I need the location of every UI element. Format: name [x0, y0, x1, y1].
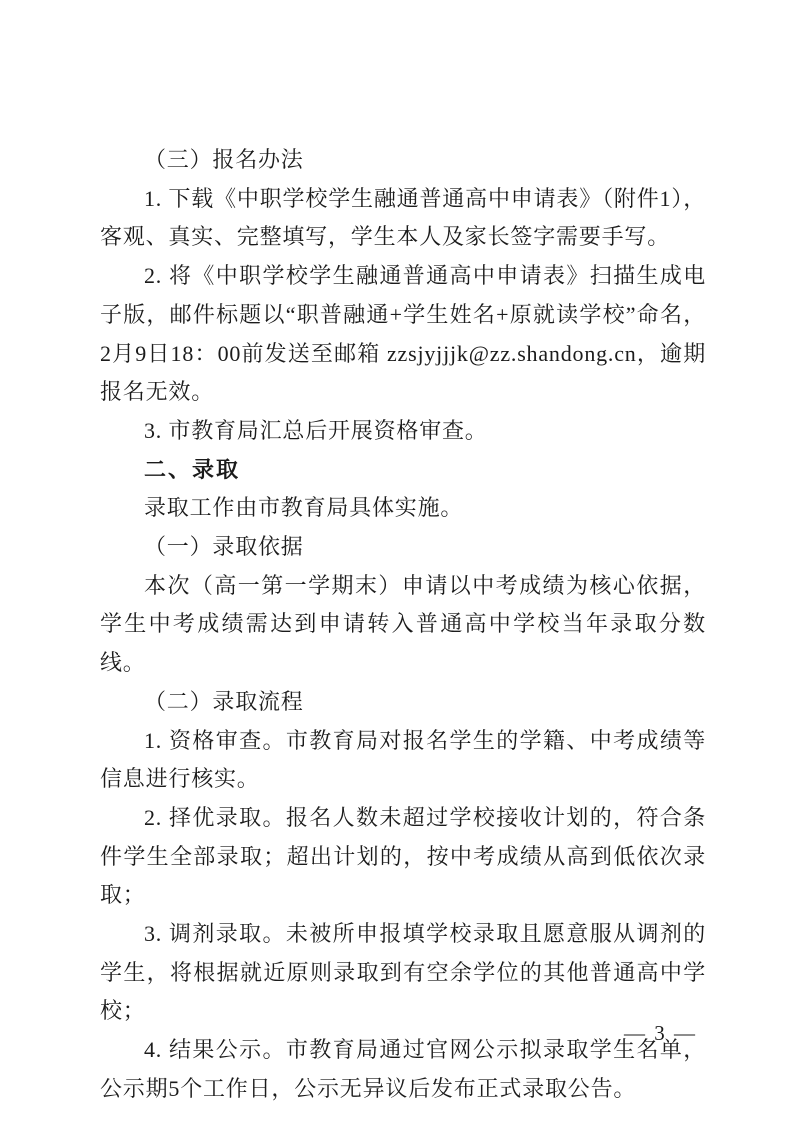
document-page: （三）报名办法1. 下载《中职学校学生融通普通高中申请表》（附件1），客观、真实…: [0, 0, 800, 1131]
document-body: （三）报名办法1. 下载《中职学校学生融通普通高中申请表》（附件1），客观、真实…: [100, 141, 706, 1109]
body-paragraph-step4-result-publicity: 4. 结果公示。市教育局通过官网公示拟录取学生名单，公示期5个工作日，公示无异议…: [100, 1031, 706, 1108]
body-paragraph-step1-qualification: 1. 资格审查。市教育局对报名学生的学籍、中考成绩等信息进行核实。: [100, 722, 706, 799]
page-number: — 3 —: [624, 1018, 697, 1048]
body-paragraph-admission-basis-detail: 本次（高一第一学期末）申请以中考成绩为核心依据，学生中考成绩需达到申请转入普通高…: [100, 567, 706, 683]
sub-section-heading-admission-basis: （一）录取依据: [100, 528, 706, 567]
body-paragraph-qualification-review: 3. 市教育局汇总后开展资格审查。: [100, 412, 706, 451]
body-paragraph-download-form: 1. 下载《中职学校学生融通普通高中申请表》（附件1），客观、真实、完整填写，学…: [100, 180, 706, 257]
sub-section-heading-registration-method: （三）报名办法: [100, 141, 706, 180]
body-paragraph-admission-implementation: 录取工作由市教育局具体实施。: [100, 489, 706, 528]
section-heading-admission: 二、录取: [100, 451, 706, 490]
body-paragraph-scan-email: 2. 将《中职学校学生融通普通高中申请表》扫描生成电子版，邮件标题以“职普融通+…: [100, 257, 706, 412]
body-paragraph-step3-adjustment-admission: 3. 调剂录取。未被所申报填学校录取且愿意服从调剂的学生，将根据就近原则录取到有…: [100, 915, 706, 1031]
sub-section-heading-admission-process: （二）录取流程: [100, 683, 706, 722]
body-paragraph-step2-merit-admission: 2. 择优录取。报名人数未超过学校接收计划的，符合条件学生全部录取；超出计划的，…: [100, 799, 706, 915]
